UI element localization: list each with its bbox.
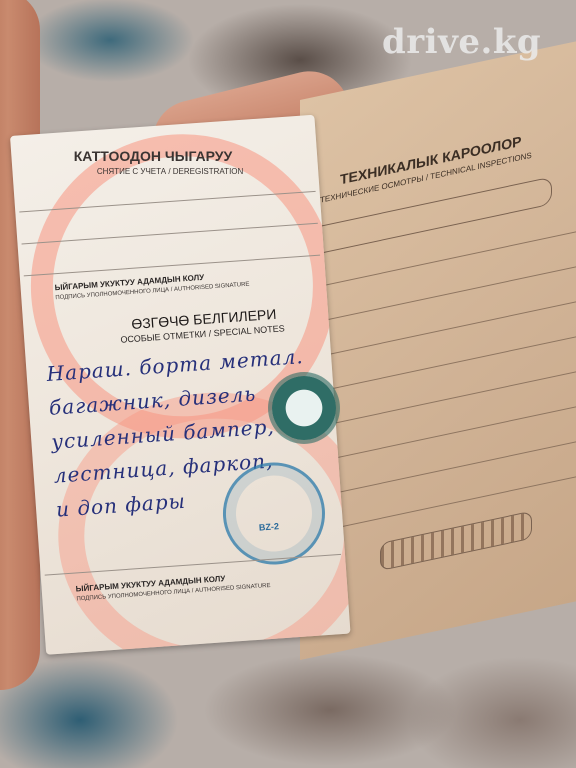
ruled-line: [310, 476, 576, 534]
ruled-line: [310, 336, 576, 394]
ruled-line: [310, 301, 576, 359]
shock-absorber-illustration-icon: [380, 511, 532, 571]
stamp-code: BZ-2: [259, 521, 280, 532]
axle-illustration-icon: [300, 176, 552, 260]
deregistration-subtitle: СНЯТИЕ С УЧЕТА / DEREGISTRATION: [97, 167, 243, 176]
gear-emblem-icon: [272, 376, 336, 440]
drive-kg-watermark: drive.kg: [382, 22, 541, 62]
ruled-line: [310, 441, 576, 499]
ruled-line: [310, 371, 576, 429]
ruled-line: [310, 406, 576, 464]
ruled-line: [310, 266, 576, 324]
deregistration-title: КАТТООДОН ЧЫГАРУУ: [74, 148, 232, 164]
